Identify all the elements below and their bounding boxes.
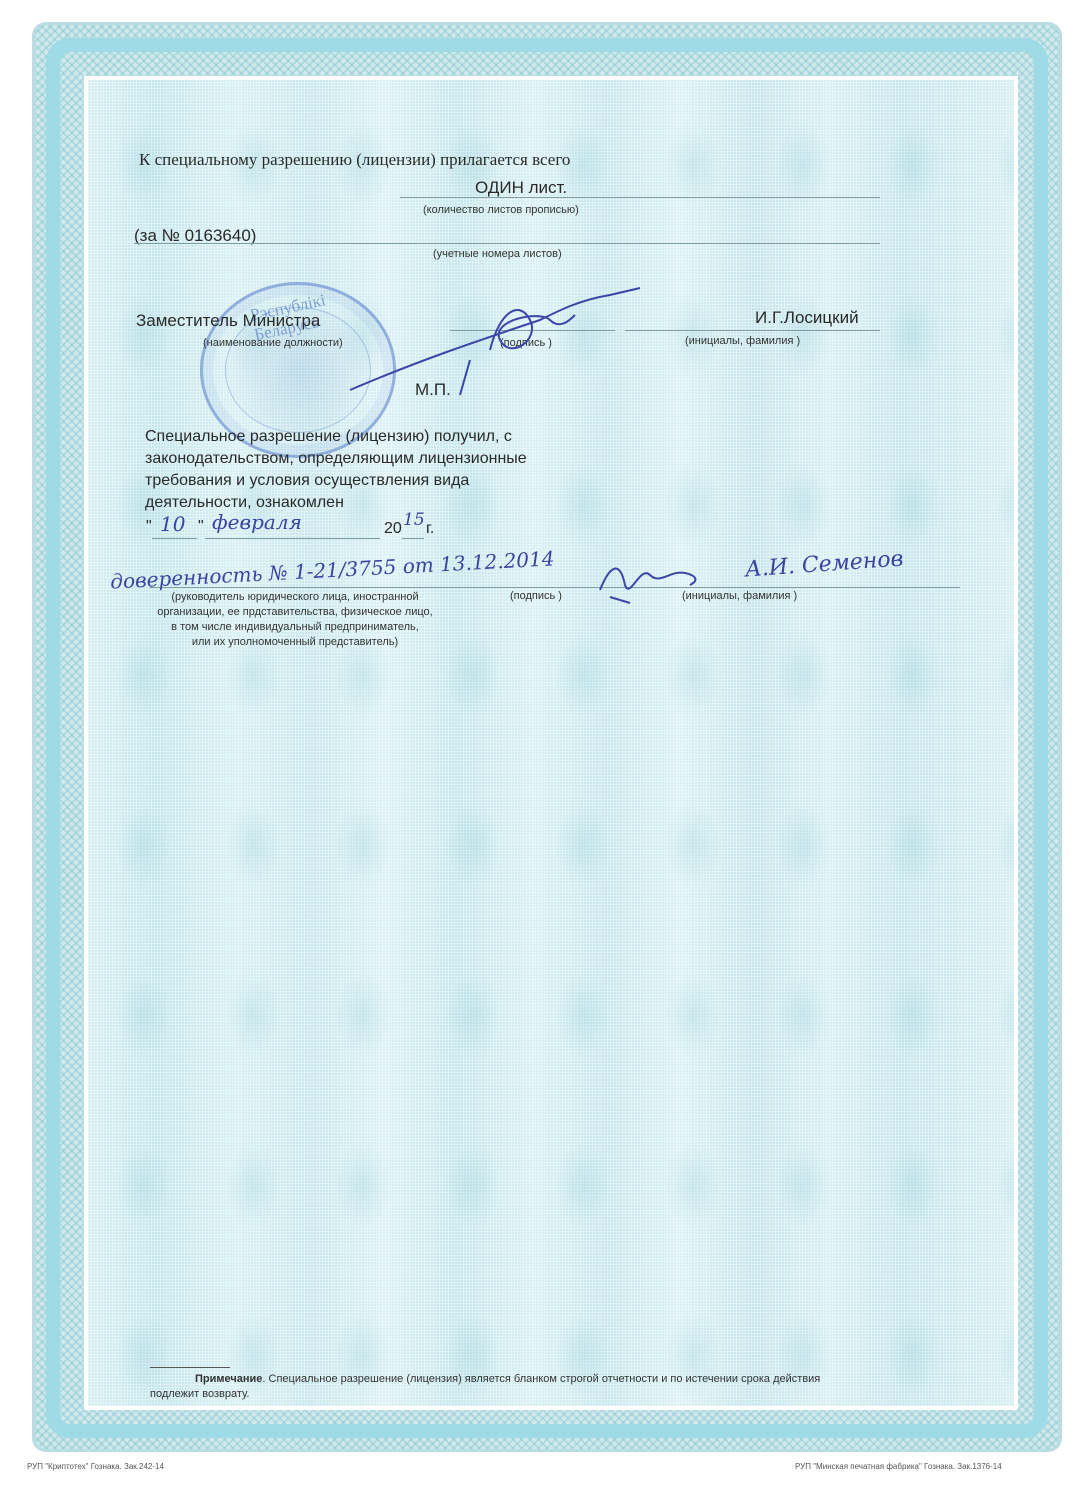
sheet-numbers-caption: (учетные номера листов) — [433, 248, 562, 260]
date-month-line — [205, 538, 380, 539]
recipient-signature-caption: (подпись ) — [510, 590, 562, 602]
recipient-line — [150, 587, 960, 588]
date-year-prefix: 20 — [384, 520, 402, 538]
receipt-line-3: требования и условия осуществления вида — [145, 470, 527, 492]
issuer-name: И.Г.Лосицкий — [755, 308, 859, 328]
seal-label: М.П. — [415, 380, 451, 400]
issuer-position: Заместитель Министра — [136, 311, 320, 331]
attached-sheets-intro: К специальному разрешению (лицензии) при… — [139, 150, 570, 170]
date-close-quote: " — [198, 518, 204, 536]
note-label: Примечание — [195, 1373, 262, 1385]
note-rule — [150, 1367, 230, 1368]
date-year-unit: г. — [426, 520, 434, 538]
receipt-statement: Специальное разрешение (лицензию) получи… — [145, 426, 527, 514]
date-day: 10 — [160, 512, 185, 536]
recipient-name-caption: (инициалы, фамилия ) — [682, 590, 797, 602]
issuer-position-caption: (наименование должности) — [203, 337, 343, 349]
date-month: февраля — [212, 510, 302, 534]
issuer-name-line — [625, 330, 880, 331]
date-day-line — [152, 538, 197, 539]
date-year-suffix: 15 — [403, 510, 425, 530]
issuer-name-caption: (инициалы, фамилия ) — [685, 335, 800, 347]
note-text: . Специальное разрешение (лицензия) явля… — [262, 1373, 820, 1385]
issuer-signature-scribble — [340, 280, 650, 400]
printer-imprint-right: РУП "Минская печатная фабрика" Гознака. … — [795, 1462, 1002, 1471]
note: Примечание. Специальное разрешение (лице… — [195, 1373, 820, 1385]
printer-imprint-left: РУП "Криптотех" Гознака. Зак.242-14 — [27, 1462, 164, 1471]
recipient-role-caption: (руководитель юридического лица, иностра… — [145, 590, 445, 650]
receipt-line-4: деятельности, ознакомлен — [145, 492, 527, 514]
date-open-quote: " — [146, 518, 152, 536]
sheet-count-line — [400, 197, 880, 198]
sheet-numbers-line — [134, 243, 880, 244]
document-sheet — [84, 76, 1018, 1410]
sheet-count-caption: (количество листов прописью) — [423, 204, 579, 216]
date-year-line — [402, 538, 424, 539]
note-text-line2: подлежит возврату. — [150, 1388, 249, 1400]
guilloche-background — [88, 80, 1014, 1406]
sheet-count: ОДИН лист. — [475, 178, 567, 198]
receipt-line-2: законодательством, определяющим лицензио… — [145, 448, 527, 470]
receipt-line-1: Специальное разрешение (лицензию) получи… — [145, 426, 527, 448]
